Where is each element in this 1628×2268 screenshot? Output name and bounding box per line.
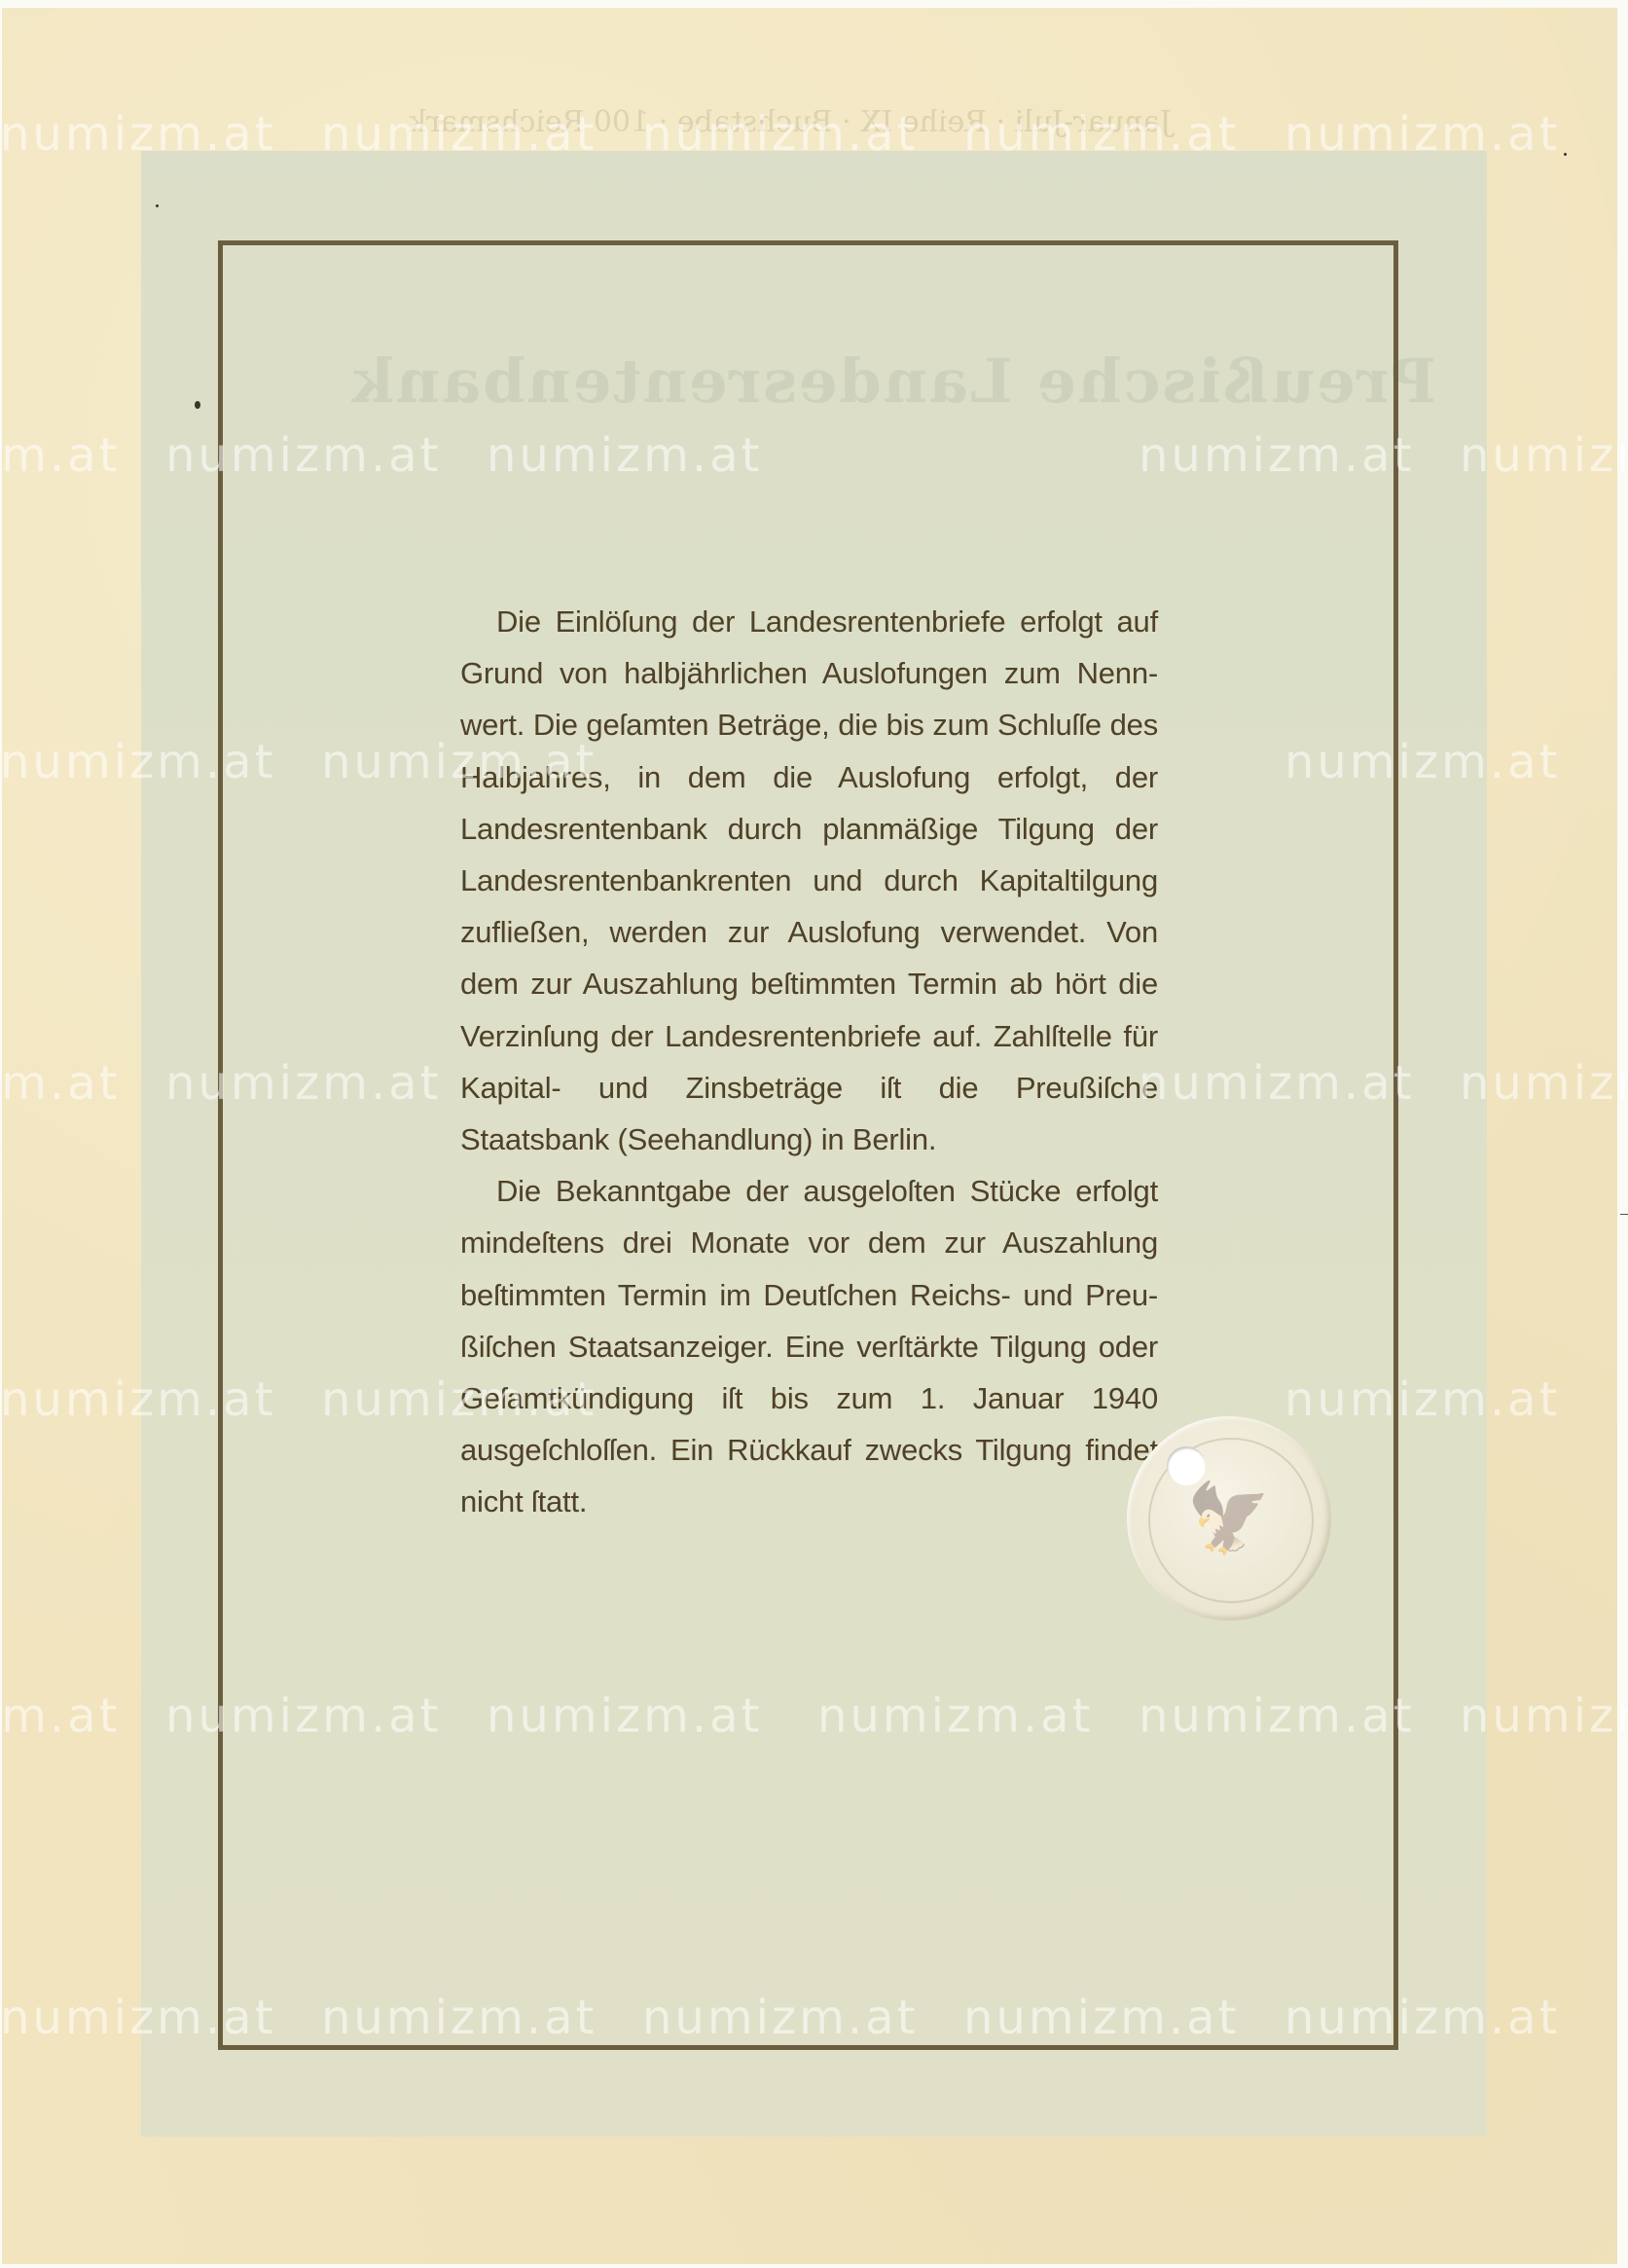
- ink-speck: [156, 204, 159, 207]
- ink-speck: [195, 401, 200, 409]
- bleed-through-top-line: Januar-Juli · Reihe IX · Buchstabe · 100…: [409, 105, 1172, 139]
- eagle-icon: 🦅: [1186, 1479, 1271, 1559]
- paragraph-redemption-terms: Die Einlöſung der Landesrentenbriefe erf…: [460, 596, 1158, 1165]
- scan-edge-mark: [1620, 1214, 1628, 1215]
- embossed-seal: 🦅: [1127, 1416, 1331, 1621]
- paragraph-drawing-announcement: Die Bekanntgabe der ausgeloſten Stücke e…: [460, 1165, 1158, 1527]
- terms-text-block: Die Einlöſung der Landesrentenbriefe erf…: [460, 596, 1158, 1528]
- cancellation-punch-hole: [1167, 1446, 1206, 1485]
- ink-speck: [1564, 153, 1567, 156]
